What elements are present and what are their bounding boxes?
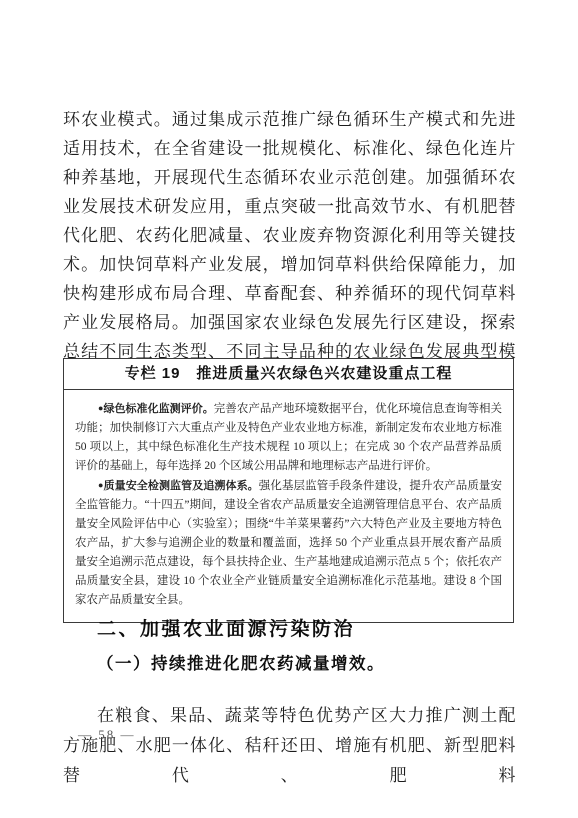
column-box-title: 专栏 19 推进质量兴农绿色兴农建设重点工程 — [64, 359, 513, 390]
subsection-heading: （一）持续推进化肥农药减量增效。 — [97, 650, 385, 674]
page-number: — 58 — — [78, 727, 136, 743]
box-bullet-item: ●质量安全检测监管及追溯体系。强化基层监管手段条件建设，提升农产品质量安全监管能… — [75, 476, 502, 610]
document-page: 环农业模式。通过集成示范推广绿色循环生产模式和先进适用技术，在全省建设一批规模化… — [0, 0, 578, 818]
bullet-text: 强化基层监管手段条件建设，提升农产品质量安全监管能力。“十四五”期间，建设全省农… — [75, 480, 502, 606]
bullet-lead: 质量安全检测监管及追溯体系。 — [104, 480, 259, 492]
paragraph-continuation: 环农业模式。通过集成示范推广绿色循环生产模式和先进适用技术，在全省建设一批规模化… — [63, 105, 516, 395]
bullet-lead: 绿色标准化监测评价。 — [103, 403, 213, 415]
column-box-body: ●绿色标准化监测评价。完善农产品产地环境数据平台，优化环境信息查询等相关功能；加… — [64, 390, 513, 622]
section-heading: 二、加强农业面源污染防治 — [97, 614, 355, 641]
column-19-box: 专栏 19 推进质量兴农绿色兴农建设重点工程 ●绿色标准化监测评价。完善农产品产… — [63, 358, 514, 623]
body-paragraph: 在粮食、果品、蔬菜等特色优势产区大力推广测土配方施肥、水肥一体化、秸秆还田、增施… — [63, 701, 516, 791]
box-bullet-item: ●绿色标准化监测评价。完善农产品产地环境数据平台，优化环境信息查询等相关功能；加… — [75, 399, 502, 476]
